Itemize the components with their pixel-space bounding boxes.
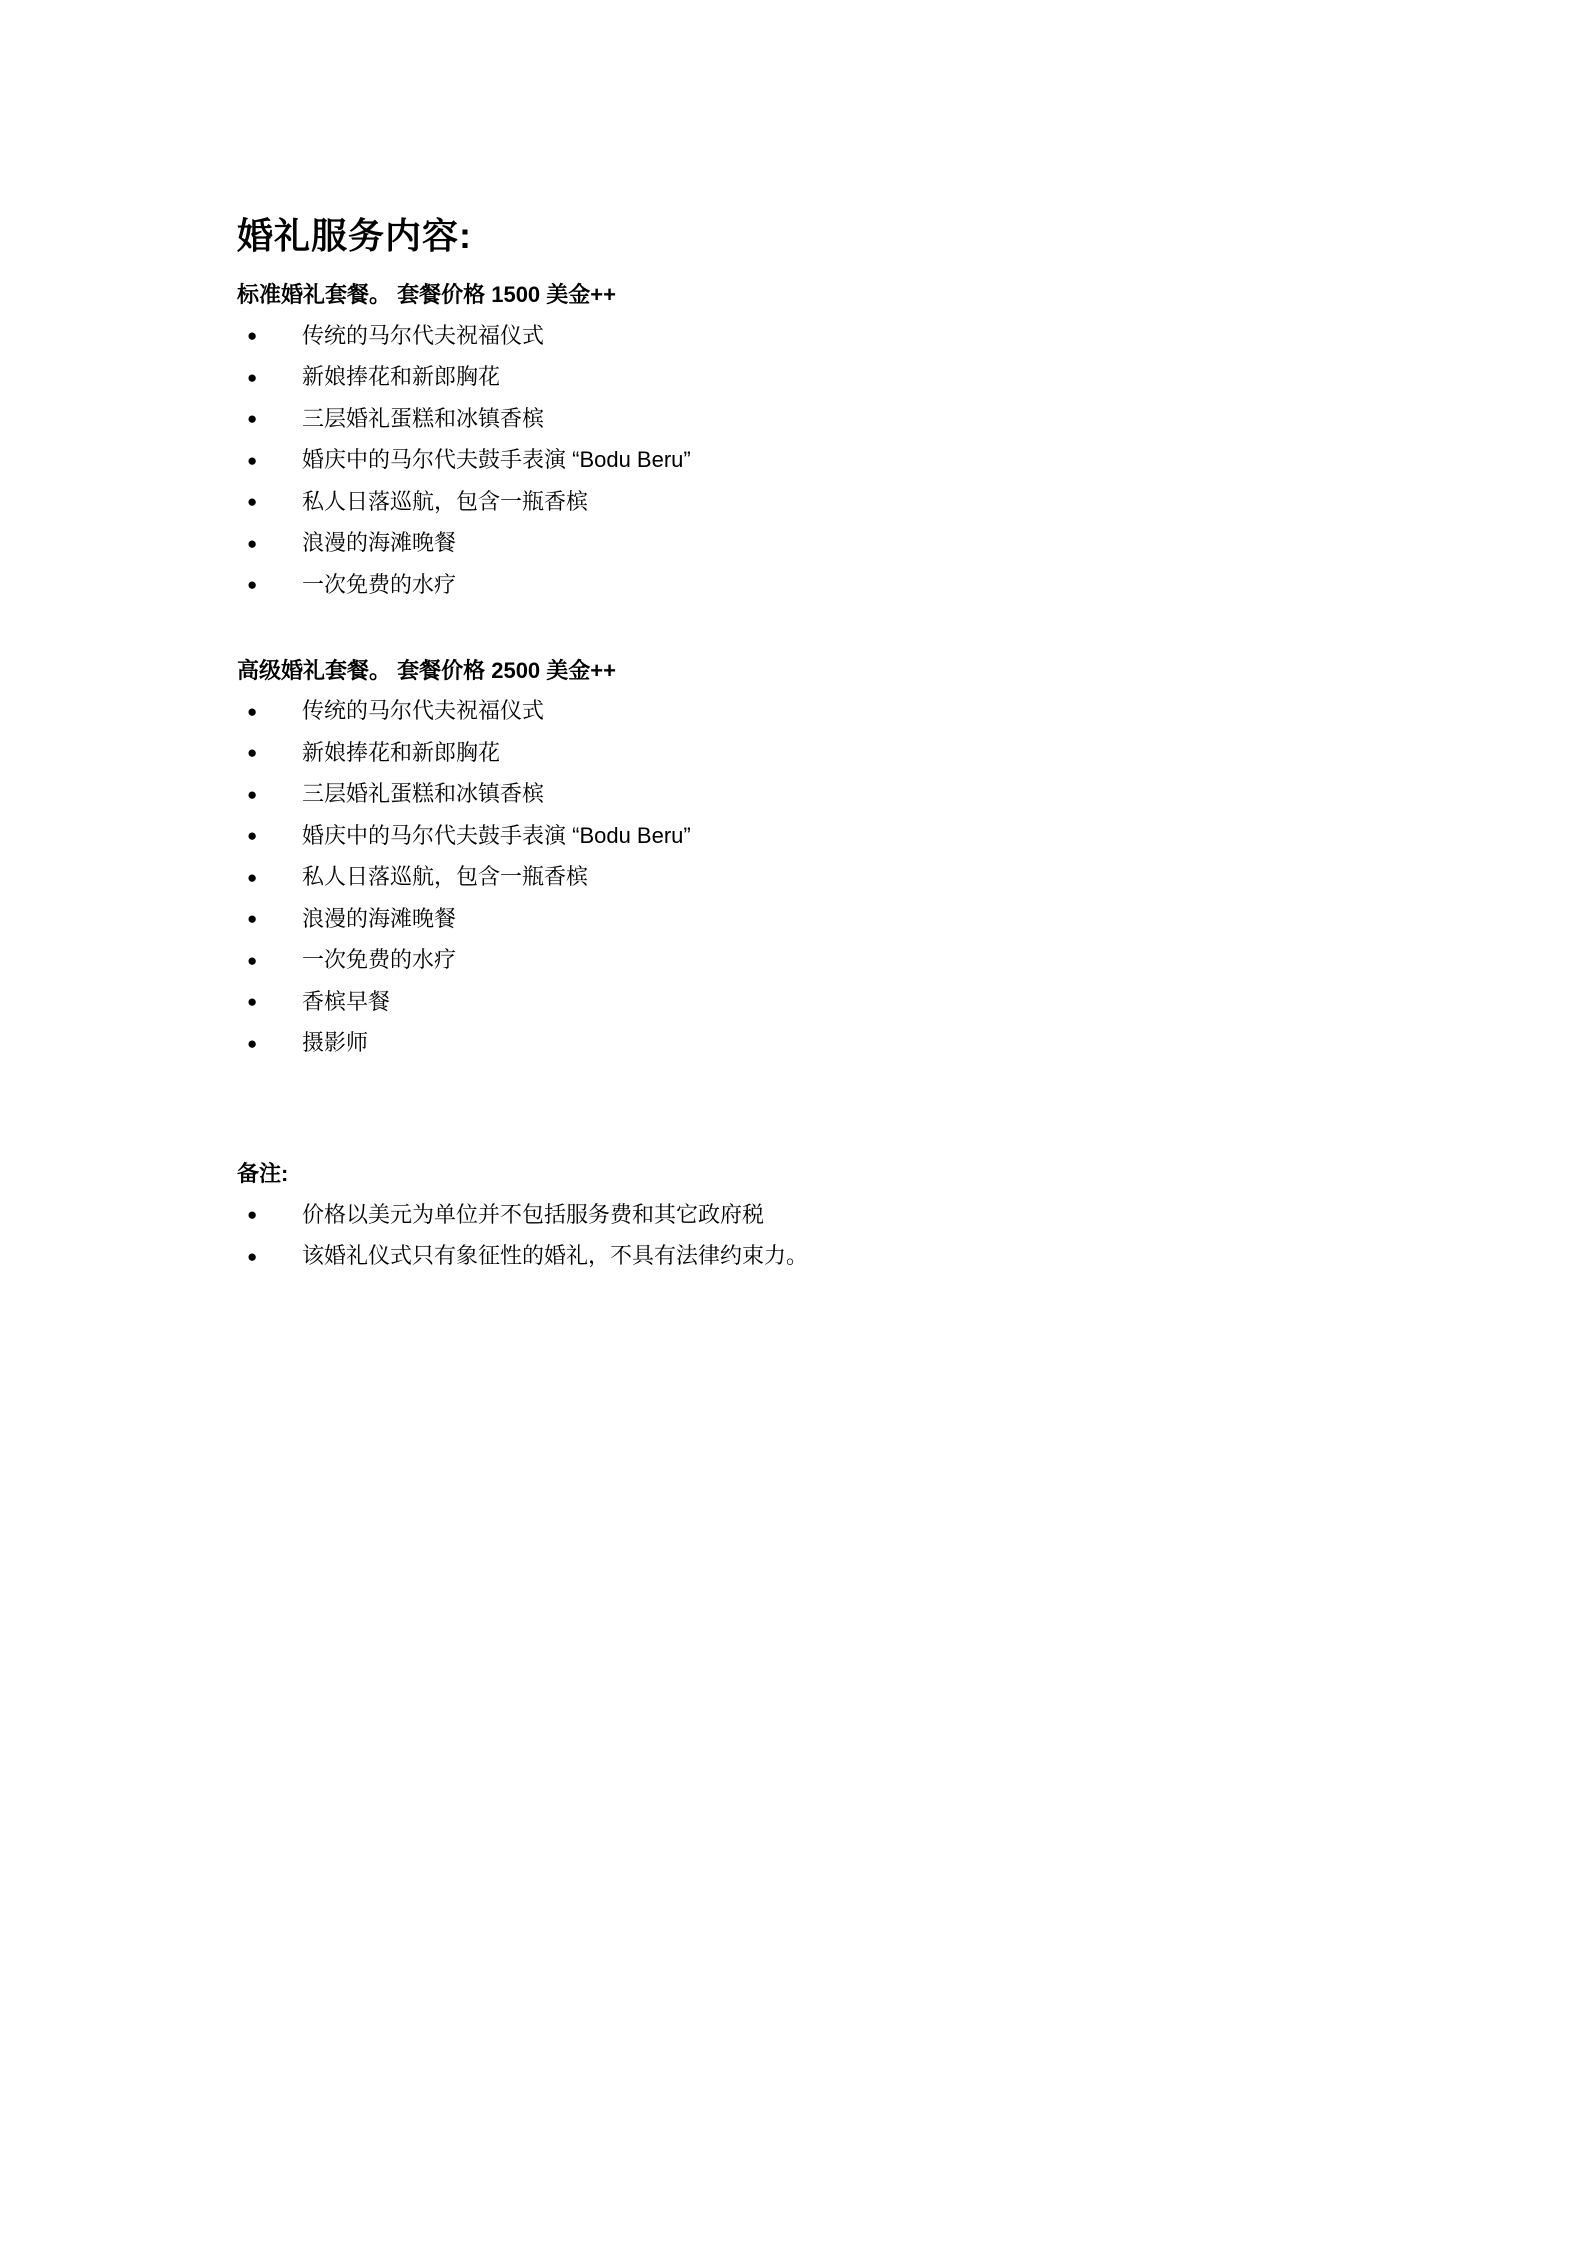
list-item: ● 传统的马尔代夫祝福仪式 xyxy=(237,315,1417,357)
list-item: ● 新娘捧花和新郎胸花 xyxy=(237,357,1417,399)
document-page: 婚礼服务内容: 标准婚礼套餐。 套餐价格 1500 美金++ ● 传统的马尔代夫… xyxy=(0,0,1587,2245)
list-item: ● 婚庆中的马尔代夫鼓手表演 “Bodu Beru” xyxy=(237,440,1417,482)
list-item: ● 三层婚礼蛋糕和冰镇香槟 xyxy=(237,398,1417,440)
standard-package-heading: 标准婚礼套餐。 套餐价格 1500 美金++ xyxy=(237,274,1417,315)
bullet-icon: ● xyxy=(247,869,302,886)
list-item: ● 新娘捧花和新郎胸花 xyxy=(237,732,1417,774)
list-item-text: 婚庆中的马尔代夫鼓手表演 “Bodu Beru” xyxy=(302,447,691,473)
list-item-text: 婚庆中的马尔代夫鼓手表演 “Bodu Beru” xyxy=(302,823,691,849)
list-item-text: 三层婚礼蛋糕和冰镇香槟 xyxy=(302,781,544,807)
bullet-icon: ● xyxy=(247,369,302,386)
list-item-text: 一次免费的水疗 xyxy=(302,947,456,973)
bullet-icon: ● xyxy=(247,910,302,927)
list-item: ● 浪漫的海滩晚餐 xyxy=(237,898,1417,940)
page-title: 婚礼服务内容: xyxy=(237,218,1417,254)
bullet-icon: ● xyxy=(247,993,302,1010)
bullet-icon: ● xyxy=(247,1248,302,1265)
list-item: ● 私人日落巡航，包含一瓶香槟 xyxy=(237,857,1417,899)
list-item: ● 摄影师 xyxy=(237,1023,1417,1065)
list-item-text: 三层婚礼蛋糕和冰镇香槟 xyxy=(302,406,544,432)
notes-list: ● 价格以美元为单位并不包括服务费和其它政府税 ● 该婚礼仪式只有象征性的婚礼，… xyxy=(237,1194,1417,1277)
bullet-icon: ● xyxy=(247,576,302,593)
list-item-text: 新娘捧花和新郎胸花 xyxy=(302,364,500,390)
standard-package-list: ● 传统的马尔代夫祝福仪式 ● 新娘捧花和新郎胸花 ● 三层婚礼蛋糕和冰镇香槟 … xyxy=(237,315,1417,606)
bullet-icon: ● xyxy=(247,493,302,510)
list-item: ● 价格以美元为单位并不包括服务费和其它政府税 xyxy=(237,1194,1417,1236)
notes-heading: 备注: xyxy=(237,1153,1417,1194)
bullet-icon: ● xyxy=(247,327,302,344)
list-item-text: 浪漫的海滩晚餐 xyxy=(302,530,456,556)
list-item-text: 价格以美元为单位并不包括服务费和其它政府税 xyxy=(302,1202,764,1228)
list-item: ● 浪漫的海滩晚餐 xyxy=(237,523,1417,565)
list-item-text: 该婚礼仪式只有象征性的婚礼，不具有法律约束力。 xyxy=(302,1243,808,1269)
bullet-icon: ● xyxy=(247,1035,302,1052)
list-item-text: 浪漫的海滩晚餐 xyxy=(302,906,456,932)
standard-package-section: 标准婚礼套餐。 套餐价格 1500 美金++ ● 传统的马尔代夫祝福仪式 ● 新… xyxy=(237,274,1417,606)
bullet-icon: ● xyxy=(247,786,302,803)
bullet-icon: ● xyxy=(247,410,302,427)
bullet-icon: ● xyxy=(247,952,302,969)
list-item-text: 传统的马尔代夫祝福仪式 xyxy=(302,698,544,724)
list-item: ● 三层婚礼蛋糕和冰镇香槟 xyxy=(237,774,1417,816)
list-item: ● 婚庆中的马尔代夫鼓手表演 “Bodu Beru” xyxy=(237,815,1417,857)
bullet-icon: ● xyxy=(247,744,302,761)
bullet-icon: ● xyxy=(247,535,302,552)
list-item-text: 摄影师 xyxy=(302,1030,368,1056)
list-item: ● 私人日落巡航，包含一瓶香槟 xyxy=(237,481,1417,523)
list-item-text: 新娘捧花和新郎胸花 xyxy=(302,740,500,766)
bullet-icon: ● xyxy=(247,703,302,720)
notes-section: 备注: ● 价格以美元为单位并不包括服务费和其它政府税 ● 该婚礼仪式只有象征性… xyxy=(237,1153,1417,1277)
bullet-icon: ● xyxy=(247,1206,302,1223)
list-item-text: 私人日落巡航，包含一瓶香槟 xyxy=(302,489,588,515)
list-item: ● 一次免费的水疗 xyxy=(237,940,1417,982)
premium-package-list: ● 传统的马尔代夫祝福仪式 ● 新娘捧花和新郎胸花 ● 三层婚礼蛋糕和冰镇香槟 … xyxy=(237,691,1417,1065)
list-item: ● 一次免费的水疗 xyxy=(237,564,1417,606)
list-item-text: 私人日落巡航，包含一瓶香槟 xyxy=(302,864,588,890)
list-item: ● 香槟早餐 xyxy=(237,981,1417,1023)
bullet-icon: ● xyxy=(247,827,302,844)
list-item: ● 该婚礼仪式只有象征性的婚礼，不具有法律约束力。 xyxy=(237,1236,1417,1278)
list-item: ● 传统的马尔代夫祝福仪式 xyxy=(237,691,1417,733)
document-content: 婚礼服务内容: 标准婚礼套餐。 套餐价格 1500 美金++ ● 传统的马尔代夫… xyxy=(237,218,1417,1277)
list-item-text: 一次免费的水疗 xyxy=(302,572,456,598)
list-item-text: 传统的马尔代夫祝福仪式 xyxy=(302,323,544,349)
list-item-text: 香槟早餐 xyxy=(302,989,390,1015)
premium-package-section: 高级婚礼套餐。 套餐价格 2500 美金++ ● 传统的马尔代夫祝福仪式 ● 新… xyxy=(237,650,1417,1065)
premium-package-heading: 高级婚礼套餐。 套餐价格 2500 美金++ xyxy=(237,650,1417,691)
bullet-icon: ● xyxy=(247,452,302,469)
